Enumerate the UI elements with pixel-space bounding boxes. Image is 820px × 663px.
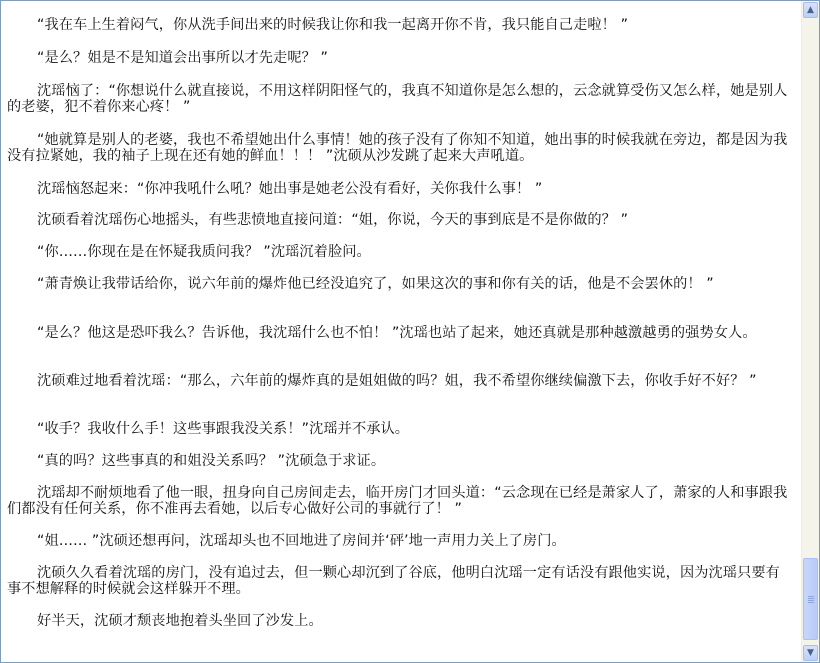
chevron-down-icon: ▼ <box>807 648 814 658</box>
paragraph: “她就算是别人的老婆，我也不希望她出什么事情！她的孩子没有了你知不知道，她出事的… <box>7 132 791 164</box>
scroll-thumb[interactable] <box>803 558 818 640</box>
paragraph: “你……你现在是在怀疑我质问我？ ”沈瑶沉着脸问。 <box>7 244 791 260</box>
paragraph: “是么？他这是恐吓我么？告诉他，我沈瑶什么也不怕！ ”沈瑶也站了起来，她还真就是… <box>7 325 791 341</box>
chevron-up-icon: ▲ <box>807 5 814 15</box>
vertical-scrollbar[interactable]: ▲ ▼ <box>801 1 819 662</box>
paragraph: “真的吗？这些事真的和姐没关系吗？ ”沈硕急于求证。 <box>7 453 791 469</box>
paragraph: 沈硕久久看着沈瑶的房门，没有追过去，但一颗心却沉到了谷底，他明白沈瑶一定有话没有… <box>7 565 791 597</box>
document-window: “我在车上生着闷气，你从洗手间出来的时候我让你和我一起离开你不肯，我只能自己走啦… <box>0 0 820 663</box>
paragraph: “萧青焕让我带话给你，说六年前的爆炸他已经没追究了，如果这次的事和你有关的话，他… <box>7 276 791 292</box>
scroll-down-button[interactable]: ▼ <box>803 645 818 661</box>
paragraph: “是么？姐是不是知道会出事所以才先走呢？ ” <box>7 50 791 66</box>
paragraph: 沈硕看着沈瑶伤心地摇头，有些悲愤地直接问道：“姐，你说，今天的事到底是不是你做的… <box>7 212 791 228</box>
paragraph: 沈瑶恼了：“你想说什么就直接说，不用这样阴阳怪气的，我真不知道你是怎么想的，云念… <box>7 83 791 115</box>
document-content: “我在车上生着闷气，你从洗手间出来的时候我让你和我一起离开你不肯，我只能自己走啦… <box>1 1 801 662</box>
scroll-up-button[interactable]: ▲ <box>803 2 818 18</box>
paragraph: “收手？我收什么手！这些事跟我没关系！”沈瑶并不承认。 <box>7 421 791 437</box>
paragraph: 沈瑶恼怒起来：“你冲我吼什么吼？她出事是她老公没有看好，关你我什么事！ ” <box>7 181 791 197</box>
paragraph: 好半天，沈硕才颓丧地抱着头坐回了沙发上。 <box>7 613 791 629</box>
paragraph: 沈瑶却不耐烦地看了他一眼，扭身向自己房间走去，临开房门才回头道：“云念现在已经是… <box>7 485 791 517</box>
paragraph: “姐…… ”沈硕还想再问，沈瑶却头也不回地进了房间并‘砰’地一声用力关上了房门。 <box>7 533 791 549</box>
grip-icon <box>808 596 814 603</box>
paragraph: 沈硕难过地看着沈瑶：“那么，六年前的爆炸真的是姐姐做的吗？姐，我不希望你继续偏激… <box>7 373 791 389</box>
paragraph: “我在车上生着闷气，你从洗手间出来的时候我让你和我一起离开你不肯，我只能自己走啦… <box>7 17 791 33</box>
